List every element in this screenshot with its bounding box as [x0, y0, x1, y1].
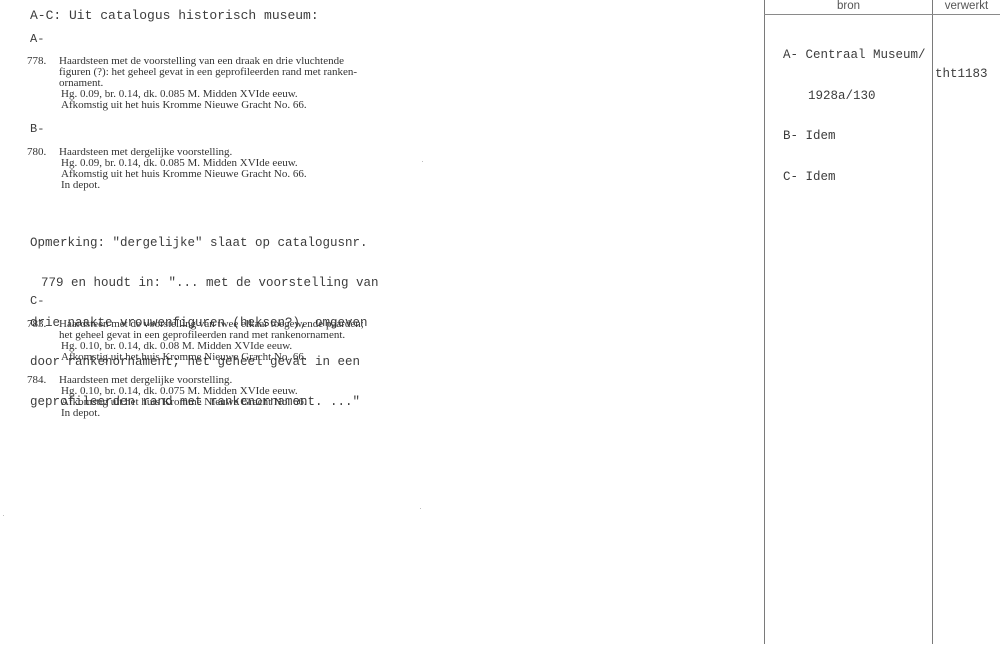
entry-line: figuren (?): het geheel gevat in een gep…: [59, 67, 357, 78]
entry-number: 780.: [27, 147, 57, 158]
scan-speck: [3, 515, 4, 516]
entry-location: In depot.: [59, 408, 307, 419]
verwerkt-cell: tht1183: [935, 67, 988, 81]
scan-speck: [422, 161, 423, 162]
entry-body: Haardsteen met dergelijke voorstelling. …: [59, 147, 307, 191]
entry-provenance: Afkomstig uit het huis Kromme Nieuwe Gra…: [59, 100, 357, 111]
remark-line: 779 en houdt in: "... met de voorstellin…: [30, 277, 379, 290]
entry-provenance: Afkomstig uit het huis Kromme Nieuwe Gra…: [59, 352, 364, 363]
entry-body: Haardsteen met de voorstelling van een d…: [59, 56, 357, 111]
remark-line: Opmerking: "dergelijke" slaat op catalog…: [30, 237, 379, 250]
bron-line: B- Idem: [783, 130, 926, 144]
entry-number: 784.: [27, 375, 57, 386]
entry-body: Haardsteen met de voorstelling van twee …: [59, 319, 364, 363]
section-label-b: B-: [30, 122, 44, 136]
entry-body: Haardsteen met dergelijke voorstelling. …: [59, 375, 307, 419]
entry-number: 778.: [27, 56, 57, 67]
entry-location: In depot.: [59, 180, 307, 191]
scan-speck: [420, 508, 421, 509]
table-border-left: [764, 0, 765, 644]
bron-line: C- Idem: [783, 171, 926, 185]
column-header-bron: bron: [765, 0, 932, 12]
table-column-divider: [932, 0, 933, 644]
bron-cell: A- Centraal Museum/ 1928a/130 B- Idem C-…: [783, 22, 926, 198]
column-header-verwerkt: verwerkt: [933, 0, 1000, 12]
section-label-c: C-: [30, 294, 44, 308]
bron-line: A- Centraal Museum/: [783, 49, 926, 63]
table-header-rule: [764, 14, 1000, 15]
bron-line: 1928a/130: [783, 90, 926, 104]
section-label-a: A-: [30, 32, 44, 46]
entry-number: 783.: [27, 319, 57, 330]
document-heading: A-C: Uit catalogus historisch museum:: [30, 8, 319, 23]
